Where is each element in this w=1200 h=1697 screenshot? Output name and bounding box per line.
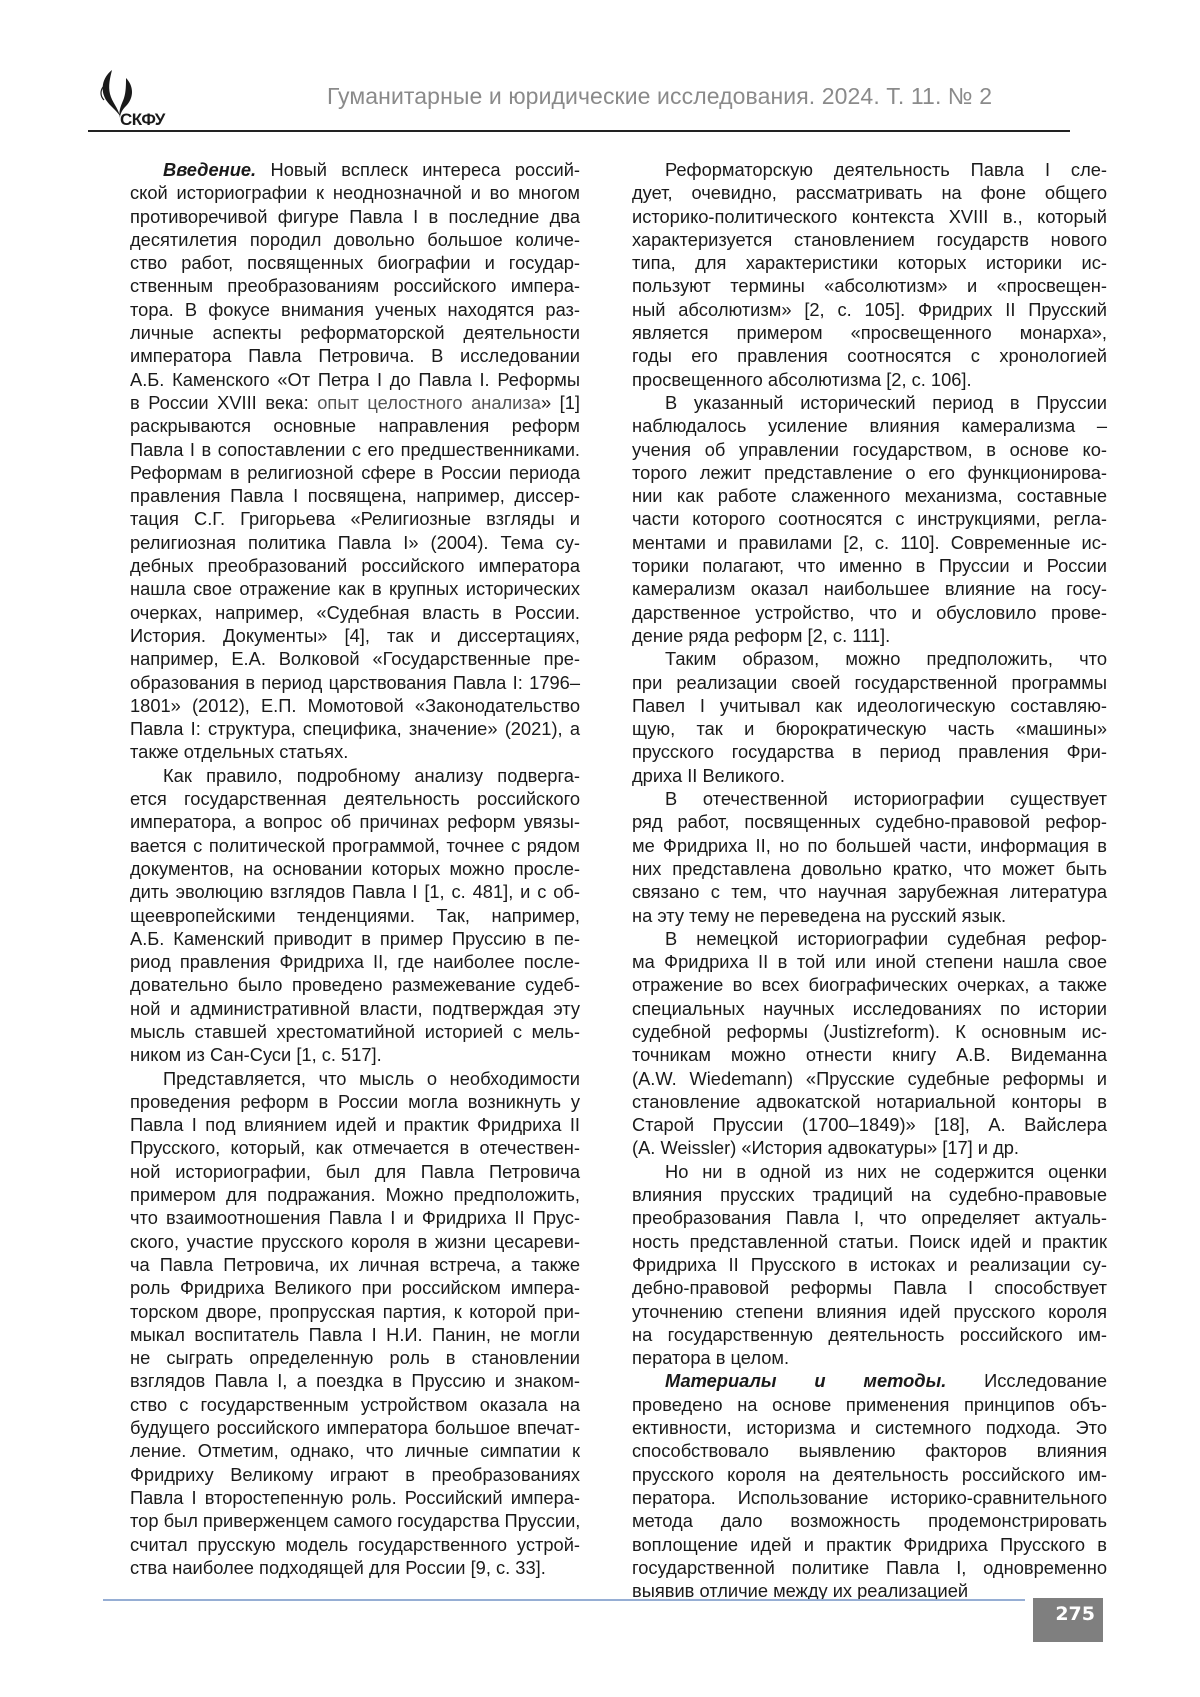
text-line: Павел I учитывал как идеологическую сост… bbox=[632, 694, 1107, 717]
line-text: щеевропейскими тенденциями. Так, наприме… bbox=[130, 905, 580, 926]
text-line: торики полагают, что именно в Пруссии и … bbox=[632, 554, 1107, 577]
text-line: дарственное устройство, что и обусловило… bbox=[632, 601, 1107, 624]
text-line: тор был приверженцем самого государства … bbox=[130, 1509, 580, 1532]
line-text: ператора. Использование историко-сравнит… bbox=[632, 1487, 1107, 1508]
line-text: императора Павла Петровича. В исследован… bbox=[130, 345, 580, 366]
text-line: при реализации своей государственной про… bbox=[632, 671, 1107, 694]
line-text: Таким образом, можно предположить, что bbox=[665, 648, 1107, 669]
line-text: ство с государственным устройством оказа… bbox=[130, 1394, 580, 1415]
section-heading: Материалы и методы. bbox=[665, 1370, 946, 1391]
text-line: личные аспекты реформаторской деятельнос… bbox=[130, 321, 580, 344]
line-text: противоречивой фигуре Павла I в последни… bbox=[130, 206, 580, 227]
line-text: Павла I под влиянием идей и практик Фрид… bbox=[130, 1114, 580, 1135]
text-line: ный абсолютизм» [2, с. 105]. Фридрих II … bbox=[632, 298, 1107, 321]
text-line: дует, очевидно, рассматривать на фоне об… bbox=[632, 181, 1107, 204]
text-line: Представляется, что мысль о необходимост… bbox=[130, 1067, 580, 1090]
text-line: религиозная политика Павла I» (2004). Те… bbox=[130, 531, 580, 554]
text-line: нашла свое отражение как в крупных истор… bbox=[130, 577, 580, 600]
text-line: довательно было проведено размежевание с… bbox=[130, 973, 580, 996]
line-text-tail: » [1] bbox=[541, 392, 580, 413]
text-line: дриха II Великого. bbox=[632, 764, 1107, 787]
line-text: преобразования Павла I, что определяет а… bbox=[632, 1207, 1107, 1228]
text-line: риод правления Фридриха II, где наиболее… bbox=[130, 950, 580, 973]
text-line: ной и административной власти, подтвержд… bbox=[130, 997, 580, 1020]
text-line: пользуют термины «абсолютизм» и «просвещ… bbox=[632, 274, 1107, 297]
line-text: История. Документы» [4], так и диссертац… bbox=[130, 625, 580, 646]
text-line: ственным преобразованиям российского имп… bbox=[130, 274, 580, 297]
text-line: Прусского, который, как отмечается в оте… bbox=[130, 1136, 580, 1159]
footer-divider bbox=[103, 1599, 1025, 1601]
line-text: пользуют термины «абсолютизм» и «просвещ… bbox=[632, 275, 1107, 296]
text-line: Павла I второстепенную роль. Российский … bbox=[130, 1486, 580, 1509]
line-text: ского, участие прусского короля в жизни … bbox=[130, 1231, 580, 1252]
text-line: типа, для характеристики которых историк… bbox=[632, 251, 1107, 274]
line-text: характеризуется становлением государств … bbox=[632, 229, 1107, 250]
text-line: тация С.Г. Григорьева «Религиозные взгля… bbox=[130, 507, 580, 530]
line-text: проведено на основе применения принципов… bbox=[632, 1394, 1107, 1415]
text-line: дебно-правовой реформы Павла I способств… bbox=[632, 1276, 1107, 1299]
line-text: личные аспекты реформаторской деятельнос… bbox=[130, 322, 580, 343]
line-text: при реализации своей государственной про… bbox=[632, 672, 1107, 693]
line-text: Старой Пруссии (1700–1849)» [18], А. Вай… bbox=[632, 1114, 1107, 1135]
line-text: (A. Weissler) «История адвокатуры» [17] … bbox=[632, 1137, 1019, 1158]
line-text: камерализм оказал наибольшее влияние на … bbox=[632, 578, 1107, 599]
line-text: торском дворе, пропрусская партия, к кот… bbox=[130, 1301, 580, 1322]
line-text: ской историографии к неоднозначной и во … bbox=[130, 182, 580, 203]
line-text: взглядов Павла I, а поездка в Пруссию и … bbox=[130, 1370, 580, 1391]
line-text: А.Б. Каменский приводит в пример Пруссию… bbox=[130, 928, 580, 949]
line-text: дебных преобразований российского импера… bbox=[130, 555, 580, 576]
text-line: ективности, историзма и системного подхо… bbox=[632, 1416, 1107, 1439]
text-line: мыкал воспитатель Павла I Н.И. Панин, не… bbox=[130, 1323, 580, 1346]
text-line: В немецкой историографии судебная рефор- bbox=[632, 927, 1107, 950]
line-text: дить эволюцию взглядов Павла I [1, с. 48… bbox=[130, 881, 580, 902]
text-line: в России XVIII века: опыт целостного ана… bbox=[130, 391, 580, 414]
line-text: очерках, например, «Судебная власть в Ро… bbox=[130, 602, 580, 623]
text-line: судебной реформы (Justizreform). К основ… bbox=[632, 1020, 1107, 1043]
text-line: является примером «просвещенного монарха… bbox=[632, 321, 1107, 344]
left-column: Введение. Новый всплеск интереса россий-… bbox=[130, 158, 580, 1579]
line-text: становление адвокатской нотариальной кон… bbox=[632, 1091, 1107, 1112]
line-text: образования в период царствования Павла … bbox=[130, 672, 580, 693]
line-text: дриха II Великого. bbox=[632, 765, 785, 786]
text-line: учения об управлении государством, в осн… bbox=[632, 438, 1107, 461]
text-line: Фридриха II Прусского в истоках и реализ… bbox=[632, 1253, 1107, 1276]
line-text: Но ни в одной из них не содержится оценк… bbox=[665, 1161, 1107, 1182]
line-text: уточнению степени влияния идей прусского… bbox=[632, 1301, 1107, 1322]
page-header: СКФУ Гуманитарные и юридические исследов… bbox=[0, 0, 1200, 140]
text-line: противоречивой фигуре Павла I в последни… bbox=[130, 205, 580, 228]
line-text: воплощение идей и практик Фридриха Прусс… bbox=[632, 1534, 1107, 1555]
line-text: ной и административной власти, подтвержд… bbox=[130, 998, 580, 1019]
text-line: не сыграть определенную роль в становлен… bbox=[130, 1346, 580, 1369]
line-text: Павла I: структура, специфика, значение»… bbox=[130, 718, 580, 739]
line-text: наблюдалось усиление влияния камерализма… bbox=[632, 415, 1107, 436]
text-line: ником из Сан-Суси [1, с. 517]. bbox=[130, 1043, 580, 1066]
line-text: например, Е.А. Волковой «Государственные… bbox=[130, 648, 580, 669]
text-line: ность представленной статьи. Поиск идей … bbox=[632, 1230, 1107, 1253]
text-line: ме Фридриха II, но по большей части, инф… bbox=[632, 834, 1107, 857]
line-text: точникам можно отнести книгу А.В. Видема… bbox=[632, 1044, 1107, 1065]
line-text: А.Б. Каменского «От Петра I до Павла I. … bbox=[130, 369, 580, 390]
line-text: В указанный исторический период в Прусси… bbox=[665, 392, 1107, 413]
line-text: дение ряда реформ [2, с. 111]. bbox=[632, 625, 890, 646]
line-text: части которого соотносятся с инструкциям… bbox=[632, 508, 1107, 529]
line-text: специальных научных исследованиях по ист… bbox=[632, 998, 1107, 1019]
line-text: дебно-правовой реформы Павла I способств… bbox=[632, 1277, 1107, 1298]
text-line: ство работ, посвященных биографии и госу… bbox=[130, 251, 580, 274]
line-text: тор был приверженцем самого государства … bbox=[130, 1510, 580, 1531]
line-text: ником из Сан-Суси [1, с. 517]. bbox=[130, 1044, 382, 1065]
line-text: способствовало выявлению факторов влияни… bbox=[632, 1440, 1107, 1461]
text-line: 1801» (2012), Е.П. Момотовой «Законодате… bbox=[130, 694, 580, 717]
line-text: ство работ, посвященных биографии и госу… bbox=[130, 252, 580, 273]
text-line: считал прусскую модель государственного … bbox=[130, 1533, 580, 1556]
text-line: образования в период царствования Павла … bbox=[130, 671, 580, 694]
line-text: проведения реформ в России могла возникн… bbox=[130, 1091, 580, 1112]
text-line: проведения реформ в России могла возникн… bbox=[130, 1090, 580, 1113]
text-line: ство с государственным устройством оказа… bbox=[130, 1393, 580, 1416]
text-line: Введение. Новый всплеск интереса россий- bbox=[130, 158, 580, 181]
text-line: Реформаторскую деятельность Павла I сле- bbox=[632, 158, 1107, 181]
line-text: метода дало возможность продемонстрирова… bbox=[632, 1510, 1107, 1531]
text-line: ператора. Использование историко-сравнит… bbox=[632, 1486, 1107, 1509]
text-line: например, Е.А. Волковой «Государственные… bbox=[130, 647, 580, 670]
line-text: считал прусскую модель государственного … bbox=[130, 1534, 580, 1555]
line-text: тора. В фокусе внимания ученых находятся… bbox=[130, 299, 580, 320]
line-text: вается с политической программой, точнее… bbox=[130, 835, 580, 856]
line-text: Павла I в сопоставлении с его предшестве… bbox=[130, 439, 580, 460]
text-line: нии как работе слаженного механизма, сос… bbox=[632, 484, 1107, 507]
text-line: Но ни в одной из них не содержится оценк… bbox=[632, 1160, 1107, 1183]
line-text: просвещенного абсолютизма [2, с. 106]. bbox=[632, 369, 972, 390]
text-line: них представлена довольно кратко, что мо… bbox=[632, 857, 1107, 880]
text-line: Павла I: структура, специфика, значение»… bbox=[130, 717, 580, 740]
text-line: проведено на основе применения принципов… bbox=[632, 1393, 1107, 1416]
line-text: историко-политического контекста XVIII в… bbox=[632, 206, 1107, 227]
text-line: вается с политической программой, точнее… bbox=[130, 834, 580, 857]
line-text: ный абсолютизм» [2, с. 105]. Фридрих II … bbox=[632, 299, 1107, 320]
text-line: ской историографии к неоднозначной и во … bbox=[130, 181, 580, 204]
line-text: отражение во всех биографических очерках… bbox=[632, 974, 1107, 995]
text-line: дебных преобразований российского импера… bbox=[130, 554, 580, 577]
text-line: мысль ставшей хрестоматийной историей с … bbox=[130, 1020, 580, 1043]
text-line: ление. Отметим, однако, что личные симпа… bbox=[130, 1439, 580, 1462]
text-line: (A.W. Wiedemann) «Прусские судебные рефо… bbox=[632, 1067, 1107, 1090]
right-column: Реформаторскую деятельность Павла I сле-… bbox=[632, 158, 1107, 1602]
line-text: документов, на основании которых можно п… bbox=[130, 858, 580, 879]
ncfu-logo: СКФУ bbox=[98, 68, 178, 130]
line-text: судебной реформы (Justizreform). К основ… bbox=[632, 1021, 1107, 1042]
section-heading: Введение. bbox=[163, 159, 256, 180]
text-line: Материалы и методы. Исследование bbox=[632, 1369, 1107, 1392]
text-line: просвещенного абсолютизма [2, с. 106]. bbox=[632, 368, 1107, 391]
text-line: примером для подражания. Можно предполож… bbox=[130, 1183, 580, 1206]
line-text: императора, а вопрос об причинах реформ … bbox=[130, 811, 580, 832]
text-line: Как правило, подробному анализу подверга… bbox=[130, 764, 580, 787]
text-line: ча Павла Петровича, их личная встреча, а… bbox=[130, 1253, 580, 1276]
line-text: также отдельных статьях. bbox=[130, 741, 348, 762]
line-text: десятилетия породил довольно большое кол… bbox=[130, 229, 580, 250]
logo-text: СКФУ bbox=[120, 110, 165, 130]
text-line: щеевропейскими тенденциями. Так, наприме… bbox=[130, 904, 580, 927]
line-text: типа, для характеристики которых историк… bbox=[632, 252, 1107, 273]
line-text: связано с тем, что научная зарубежная ли… bbox=[632, 881, 1107, 902]
text-line: документов, на основании которых можно п… bbox=[130, 857, 580, 880]
text-line: правления Павла I посвящена, например, д… bbox=[130, 484, 580, 507]
line-text-gray: опыт целостного анализа bbox=[317, 392, 541, 413]
text-line: А.Б. Каменского «От Петра I до Павла I. … bbox=[130, 368, 580, 391]
text-line: Старой Пруссии (1700–1849)» [18], А. Вай… bbox=[632, 1113, 1107, 1136]
line-text: годы его правления соотносятся с хроноло… bbox=[632, 345, 1107, 366]
line-text: что взаимоотношения Павла I и Фридриха I… bbox=[130, 1207, 580, 1228]
text-line: ется государственная деятельность россий… bbox=[130, 787, 580, 810]
line-text: Прусского, который, как отмечается в оте… bbox=[130, 1137, 580, 1158]
line-text: государственной политике Павла I, одновр… bbox=[632, 1557, 1107, 1578]
line-text: мыкал воспитатель Павла I Н.И. Панин, не… bbox=[130, 1324, 580, 1345]
text-line: наблюдалось усиление влияния камерализма… bbox=[632, 414, 1107, 437]
text-line: торого лежит представление о его функцио… bbox=[632, 461, 1107, 484]
text-line: Реформам в религиозной сфере в России пе… bbox=[130, 461, 580, 484]
line-text: правления Павла I посвящена, например, д… bbox=[130, 485, 580, 506]
text-line: История. Документы» [4], так и диссертац… bbox=[130, 624, 580, 647]
text-line: будущего российского императора большое … bbox=[130, 1416, 580, 1439]
text-line: ского, участие прусского короля в жизни … bbox=[130, 1230, 580, 1253]
line-text: ективности, историзма и системного подхо… bbox=[632, 1417, 1107, 1438]
line-text: учения об управлении государством, в осн… bbox=[632, 439, 1107, 460]
text-line: очерках, например, «Судебная власть в Ро… bbox=[130, 601, 580, 624]
line-text: Павел I учитывал как идеологическую сост… bbox=[632, 695, 1107, 716]
line-text: влияния прусских традиций на судебно-пра… bbox=[632, 1184, 1107, 1205]
line-text: щую, так и бюрократическую часть «машины… bbox=[632, 718, 1107, 739]
page-number-box: 275 bbox=[1033, 1598, 1103, 1642]
line-text: прусского государства в период правления… bbox=[632, 741, 1107, 762]
text-line: ператора в целом. bbox=[632, 1346, 1107, 1369]
text-line: Фридриху Великому играют в преобразовани… bbox=[130, 1463, 580, 1486]
text-line: связано с тем, что научная зарубежная ли… bbox=[632, 880, 1107, 903]
text-line: части которого соотносятся с инструкциям… bbox=[632, 507, 1107, 530]
line-text: Представляется, что мысль о необходимост… bbox=[163, 1068, 580, 1089]
text-line: метода дало возможность продемонстрирова… bbox=[632, 1509, 1107, 1532]
text-line: ментами и правилами [2, с. 110]. Совреме… bbox=[632, 531, 1107, 554]
line-text: дует, очевидно, рассматривать на фоне об… bbox=[632, 182, 1107, 203]
line-text: (A.W. Wiedemann) «Прусские судебные рефо… bbox=[632, 1068, 1107, 1089]
line-text: ной историографии, был для Павла Петрови… bbox=[130, 1161, 580, 1182]
text-line: Павла I под влиянием идей и практик Фрид… bbox=[130, 1113, 580, 1136]
text-line: десятилетия породил довольно большое кол… bbox=[130, 228, 580, 251]
line-text: тация С.Г. Григорьева «Религиозные взгля… bbox=[130, 508, 580, 529]
line-text: раскрываются основные направления реформ bbox=[130, 415, 580, 436]
line-text: ча Павла Петровича, их личная встреча, а… bbox=[130, 1254, 580, 1275]
text-line: дить эволюцию взглядов Павла I [1, с. 48… bbox=[130, 880, 580, 903]
line-text: на государственную деятельность российск… bbox=[632, 1324, 1107, 1345]
text-line: годы его правления соотносятся с хроноло… bbox=[632, 344, 1107, 367]
text-line: точникам можно отнести книгу А.В. Видема… bbox=[632, 1043, 1107, 1066]
text-line: ной историографии, был для Павла Петрови… bbox=[130, 1160, 580, 1183]
line-text: ется государственная деятельность россий… bbox=[130, 788, 580, 809]
page-number: 275 bbox=[1055, 1603, 1095, 1625]
text-line: на государственную деятельность российск… bbox=[632, 1323, 1107, 1346]
text-line: также отдельных статьях. bbox=[130, 740, 580, 763]
line-text: примером для подражания. Можно предполож… bbox=[130, 1184, 580, 1205]
header-divider bbox=[88, 130, 1070, 132]
line-text: них представлена довольно кратко, что мо… bbox=[632, 858, 1107, 879]
line-text: ства наиболее подходящей для России [9, … bbox=[130, 1557, 546, 1578]
line-text: роль Фридриха Великого при российском им… bbox=[130, 1277, 580, 1298]
line-text: на эту тему не переведена на русский язы… bbox=[632, 905, 1006, 926]
text-line: способствовало выявлению факторов влияни… bbox=[632, 1439, 1107, 1462]
text-line: Павла I в сопоставлении с его предшестве… bbox=[130, 438, 580, 461]
text-line: императора Павла Петровича. В исследован… bbox=[130, 344, 580, 367]
text-line: дение ряда реформ [2, с. 111]. bbox=[632, 624, 1107, 647]
line-text: религиозная политика Павла I» (2004). Те… bbox=[130, 532, 580, 553]
text-line: А.Б. Каменский приводит в пример Пруссию… bbox=[130, 927, 580, 950]
line-text: Фридриху Великому играют в преобразовани… bbox=[130, 1464, 580, 1485]
line-text: довательно было проведено размежевание с… bbox=[130, 974, 580, 995]
line-text: Как правило, подробному анализу подверга… bbox=[163, 765, 580, 786]
text-line: торском дворе, пропрусская партия, к кот… bbox=[130, 1300, 580, 1323]
text-line: воплощение идей и практик Фридриха Прусс… bbox=[632, 1533, 1107, 1556]
line-text: ментами и правилами [2, с. 110]. Совреме… bbox=[632, 532, 1107, 553]
line-text: ме Фридриха II, но по большей части, инф… bbox=[632, 835, 1107, 856]
line-text: торики полагают, что именно в Пруссии и … bbox=[632, 555, 1107, 576]
text-line: государственной политике Павла I, одновр… bbox=[632, 1556, 1107, 1579]
text-line: ряд работ, посвященных судебно-правовой … bbox=[632, 810, 1107, 833]
line-text: прусского короля на деятельность российс… bbox=[632, 1464, 1107, 1485]
line-text: торого лежит представление о его функцио… bbox=[632, 462, 1107, 483]
line-text: Реформаторскую деятельность Павла I сле- bbox=[665, 159, 1107, 180]
line-text: в России XVIII века: bbox=[130, 392, 317, 413]
text-line: историко-политического контекста XVIII в… bbox=[632, 205, 1107, 228]
line-text: ность представленной статьи. Поиск идей … bbox=[632, 1231, 1107, 1252]
line-text: нии как работе слаженного механизма, сос… bbox=[632, 485, 1107, 506]
line-text: является примером «просвещенного монарха… bbox=[632, 322, 1107, 343]
line-text: Новый всплеск интереса россий- bbox=[256, 159, 580, 180]
text-line: (A. Weissler) «История адвокатуры» [17] … bbox=[632, 1136, 1107, 1159]
text-line: преобразования Павла I, что определяет а… bbox=[632, 1206, 1107, 1229]
text-line: камерализм оказал наибольшее влияние на … bbox=[632, 577, 1107, 600]
line-text: ственным преобразованиям российского имп… bbox=[130, 275, 580, 296]
line-text: риод правления Фридриха II, где наиболее… bbox=[130, 951, 580, 972]
journal-title: Гуманитарные и юридические исследования.… bbox=[327, 83, 992, 110]
line-text: В немецкой историографии судебная рефор- bbox=[665, 928, 1107, 949]
line-text: ма Фридриха II в той или иной степени на… bbox=[632, 951, 1107, 972]
text-line: ства наиболее подходящей для России [9, … bbox=[130, 1556, 580, 1579]
line-text: ление. Отметим, однако, что личные симпа… bbox=[130, 1440, 580, 1461]
text-line: специальных научных исследованиях по ист… bbox=[632, 997, 1107, 1020]
text-line: что взаимоотношения Павла I и Фридриха I… bbox=[130, 1206, 580, 1229]
text-line: ма Фридриха II в той или иной степени на… bbox=[632, 950, 1107, 973]
line-text: нашла свое отражение как в крупных истор… bbox=[130, 578, 580, 599]
line-text: будущего российского императора большое … bbox=[130, 1417, 580, 1438]
line-text: В отечественной историографии существует bbox=[665, 788, 1107, 809]
text-line: Таким образом, можно предположить, что bbox=[632, 647, 1107, 670]
text-line: прусского короля на деятельность российс… bbox=[632, 1463, 1107, 1486]
text-line: щую, так и бюрократическую часть «машины… bbox=[632, 717, 1107, 740]
line-text: 1801» (2012), Е.П. Момотовой «Законодате… bbox=[130, 695, 580, 716]
line-text: Исследование bbox=[946, 1370, 1107, 1391]
text-line: В указанный исторический период в Прусси… bbox=[632, 391, 1107, 414]
text-line: взглядов Павла I, а поездка в Пруссию и … bbox=[130, 1369, 580, 1392]
text-line: императора, а вопрос об причинах реформ … bbox=[130, 810, 580, 833]
line-text: выявив отличие между их реализацией bbox=[632, 1580, 968, 1601]
text-line: на эту тему не переведена на русский язы… bbox=[632, 904, 1107, 927]
text-line: характеризуется становлением государств … bbox=[632, 228, 1107, 251]
line-text: мысль ставшей хрестоматийной историей с … bbox=[130, 1021, 580, 1042]
text-line: влияния прусских традиций на судебно-пра… bbox=[632, 1183, 1107, 1206]
line-text: не сыграть определенную роль в становлен… bbox=[130, 1347, 580, 1368]
text-line: прусского государства в период правления… bbox=[632, 740, 1107, 763]
line-text: ператора в целом. bbox=[632, 1347, 789, 1368]
text-line: роль Фридриха Великого при российском им… bbox=[130, 1276, 580, 1299]
text-line: раскрываются основные направления реформ bbox=[130, 414, 580, 437]
text-line: уточнению степени влияния идей прусского… bbox=[632, 1300, 1107, 1323]
line-text: Фридриха II Прусского в истоках и реализ… bbox=[632, 1254, 1107, 1275]
text-line: становление адвокатской нотариальной кон… bbox=[632, 1090, 1107, 1113]
text-line: отражение во всех биографических очерках… bbox=[632, 973, 1107, 996]
line-text: дарственное устройство, что и обусловило… bbox=[632, 602, 1107, 623]
text-line: В отечественной историографии существует bbox=[632, 787, 1107, 810]
line-text: Реформам в религиозной сфере в России пе… bbox=[130, 462, 580, 483]
line-text: Павла I второстепенную роль. Российский … bbox=[130, 1487, 580, 1508]
text-line: тора. В фокусе внимания ученых находятся… bbox=[130, 298, 580, 321]
line-text: ряд работ, посвященных судебно-правовой … bbox=[632, 811, 1107, 832]
